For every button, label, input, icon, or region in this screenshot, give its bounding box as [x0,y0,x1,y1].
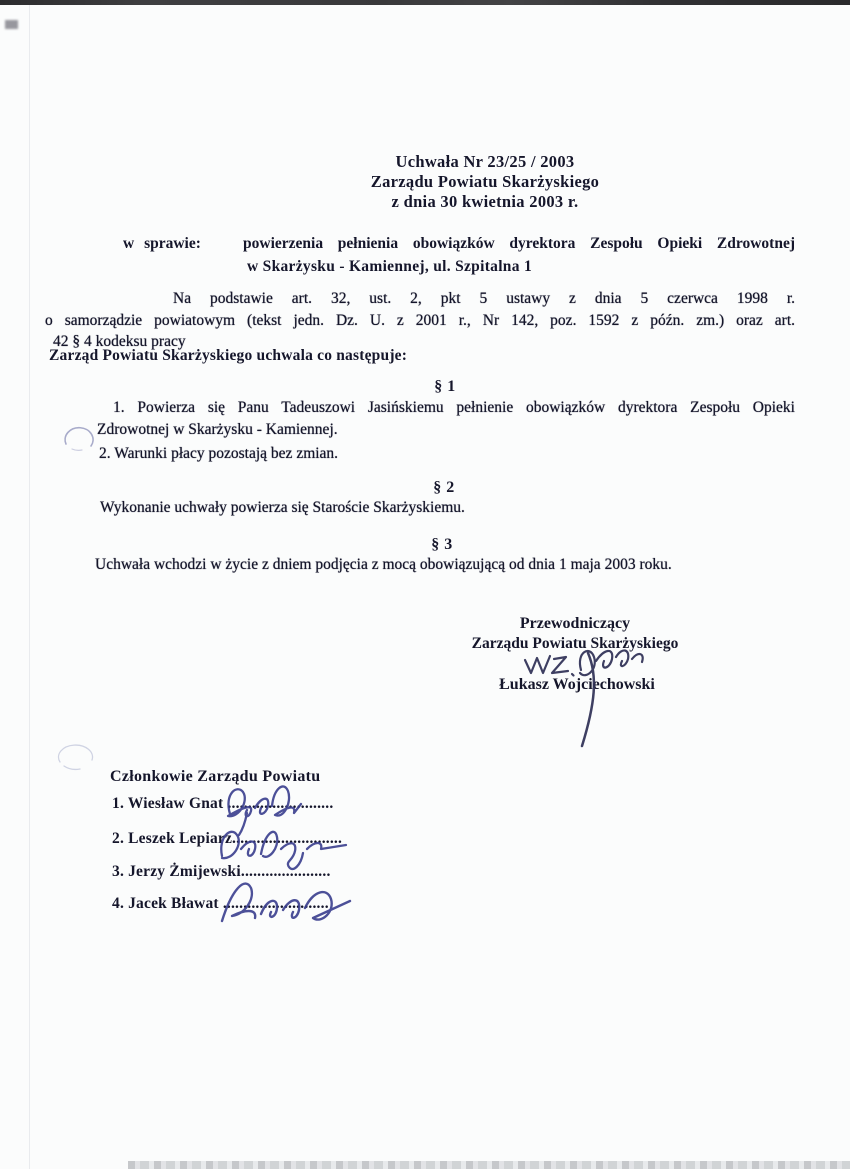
section-1-item-2: 2. Warunki płacy pozostają bez zmian. [99,443,338,464]
subject-label: w sprawie: [123,233,201,254]
doc-title-line-3: z dnia 30 kwietnia 2003 r. [371,192,599,212]
scanned-document-page: Uchwała Nr 23/25 / 2003 Zarządu Powiatu … [0,0,850,1169]
section-1-item-1-line-1: 1. Powierza się Panu Tadeuszowi Jasiński… [113,397,795,418]
chairman-role-line-1: Przewodniczący [520,613,630,634]
legal-basis-line-2: o samorządzie powiatowym (tekst jedn. Dz… [45,310,795,331]
punch-hole-mark-1 [58,418,102,459]
section-3-header: § 3 [431,536,453,554]
subject-line-1: powierzenia pełnienia obowiązków dyrekto… [243,233,795,254]
doc-title: Uchwała Nr 23/25 / 2003 Zarządu Powiatu … [371,152,599,212]
section-2-text: Wykonanie uchwały powierza się Staroście… [100,497,465,518]
section-3-text: Uchwała wchodzi w życie z dniem podjęcia… [95,554,672,575]
scan-left-edge-line [29,5,30,1169]
member-signature-2 [206,815,354,871]
scan-top-edge [0,0,850,5]
punch-hole-mark-2 [54,738,100,779]
legal-basis-line-1: Na podstawie art. 32, ust. 2, pkt 5 usta… [173,288,795,309]
section-1-item-1-line-2: Zdrowotnej w Skarżysku - Kamiennej. [97,419,338,440]
scan-bottom-noise [128,1161,850,1169]
subject-line-2: w Skarżysku - Kamiennej, ul. Szpitalna 1 [247,256,532,277]
scan-corner-mark [5,20,18,29]
section-1-header: § 1 [434,378,456,396]
section-2-header: § 2 [433,479,455,497]
resolution-intro: Zarząd Powiatu Skarżyskiego uchwala co n… [49,345,407,366]
doc-title-line-2: Zarządu Powiatu Skarżyskiego [371,172,599,192]
chairman-handwritten-signature [505,642,670,750]
doc-title-line-1: Uchwała Nr 23/25 / 2003 [371,152,599,172]
member-signature-4 [208,869,360,929]
